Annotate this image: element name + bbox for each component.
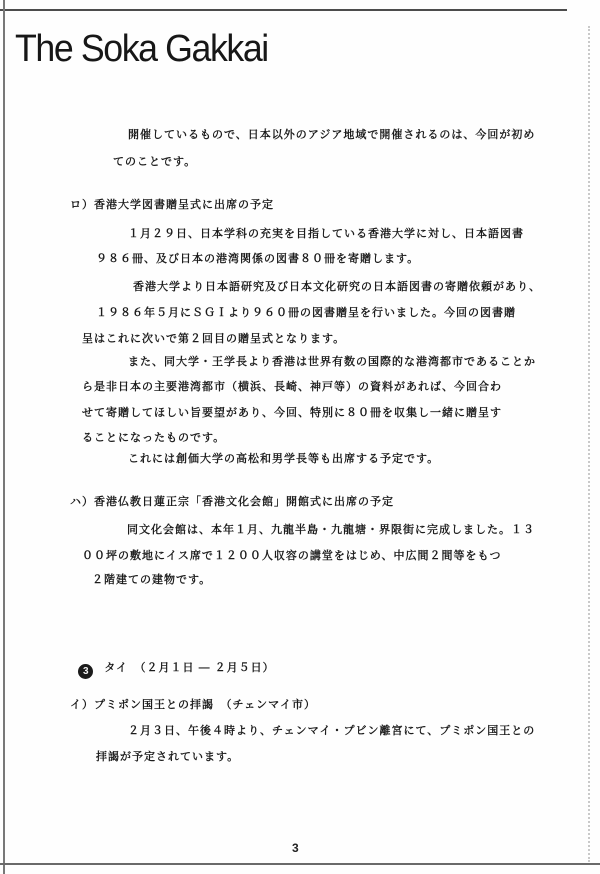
body-line: 香港大学より日本語研究及び日本文化研究の日本語図書の寄贈依頼があり、	[133, 280, 541, 295]
body-line: 拝謁が予定されています。	[96, 750, 239, 765]
body-line: ２月３日、午後４時より、チェンマイ・プビン離宮にて、プミポン国王との	[128, 724, 535, 739]
section-thailand-heading: 3タイ （２月１日 ― ２月５日）	[62, 646, 275, 694]
body-line: ９８６冊、及び日本の港湾関係の図書８０冊を寄贈します。	[96, 252, 419, 267]
heading-i-king-audience: イ）プミポン国王との拝謁 （チェンマイ市）	[70, 698, 316, 713]
top-rule	[0, 9, 567, 11]
scanned-document-page: The Soka Gakkai 開催しているもので、日本以外のアジア地域で開催さ…	[0, 0, 600, 874]
body-line: また、同大学・王学長より香港は世界有数の国際的な港湾都市であることか	[128, 355, 536, 370]
body-line: １月２９日、日本学科の充実を目指している香港大学に対し、日本語図書	[128, 227, 524, 242]
body-line: これには創価大学の高松和男学長等も出席する予定です。	[128, 452, 439, 467]
section-thailand-label: タイ （２月１日 ― ２月５日）	[104, 662, 274, 674]
body-line: 呈はこれに次いで第２回目の贈呈式となります。	[82, 332, 345, 347]
heading-ha-culture-hall: ハ）香港仏教日蓮正宗「香港文化会館」開館式に出席の予定	[70, 495, 394, 510]
bottom-rule	[0, 863, 600, 865]
page-number: 3	[292, 841, 299, 855]
body-line: ることになったものです。	[82, 431, 225, 446]
body-line: ら是非日本の主要港湾都市（横浜、長崎、神戸等）の資料があれば、今回合わ	[82, 380, 502, 395]
heading-ro-hongkong-university: ロ）香港大学図書贈呈式に出席の予定	[70, 198, 274, 213]
body-line: せて寄贈してほしい旨要望があり、今回、特別に８０冊を収集し一緒に贈呈す	[82, 406, 502, 421]
body-line: てのことです。	[113, 155, 196, 170]
body-line: 同文化会館は、本年１月、九龍半島・九龍塘・界限街に完成しました。１３	[127, 523, 535, 538]
body-line: ００坪の敷地にイス席で１２００人収容の講堂をはじめ、中広間２間等をもつ	[82, 549, 501, 564]
left-scan-edge-line	[3, 0, 5, 874]
body-line: １９８６年５月にＳＧＩより９６０冊の図書贈呈を行いました。今回の図書贈	[96, 306, 516, 321]
body-line: 開催しているもので、日本以外のアジア地域で開催されるのは、今回が初め	[128, 128, 535, 143]
right-scan-edge-dotted-line	[588, 26, 590, 862]
letterhead-title: The Soka Gakkai	[15, 28, 268, 71]
circled-number-3-icon: 3	[78, 664, 93, 679]
body-line: ２階建ての建物です。	[92, 573, 211, 588]
